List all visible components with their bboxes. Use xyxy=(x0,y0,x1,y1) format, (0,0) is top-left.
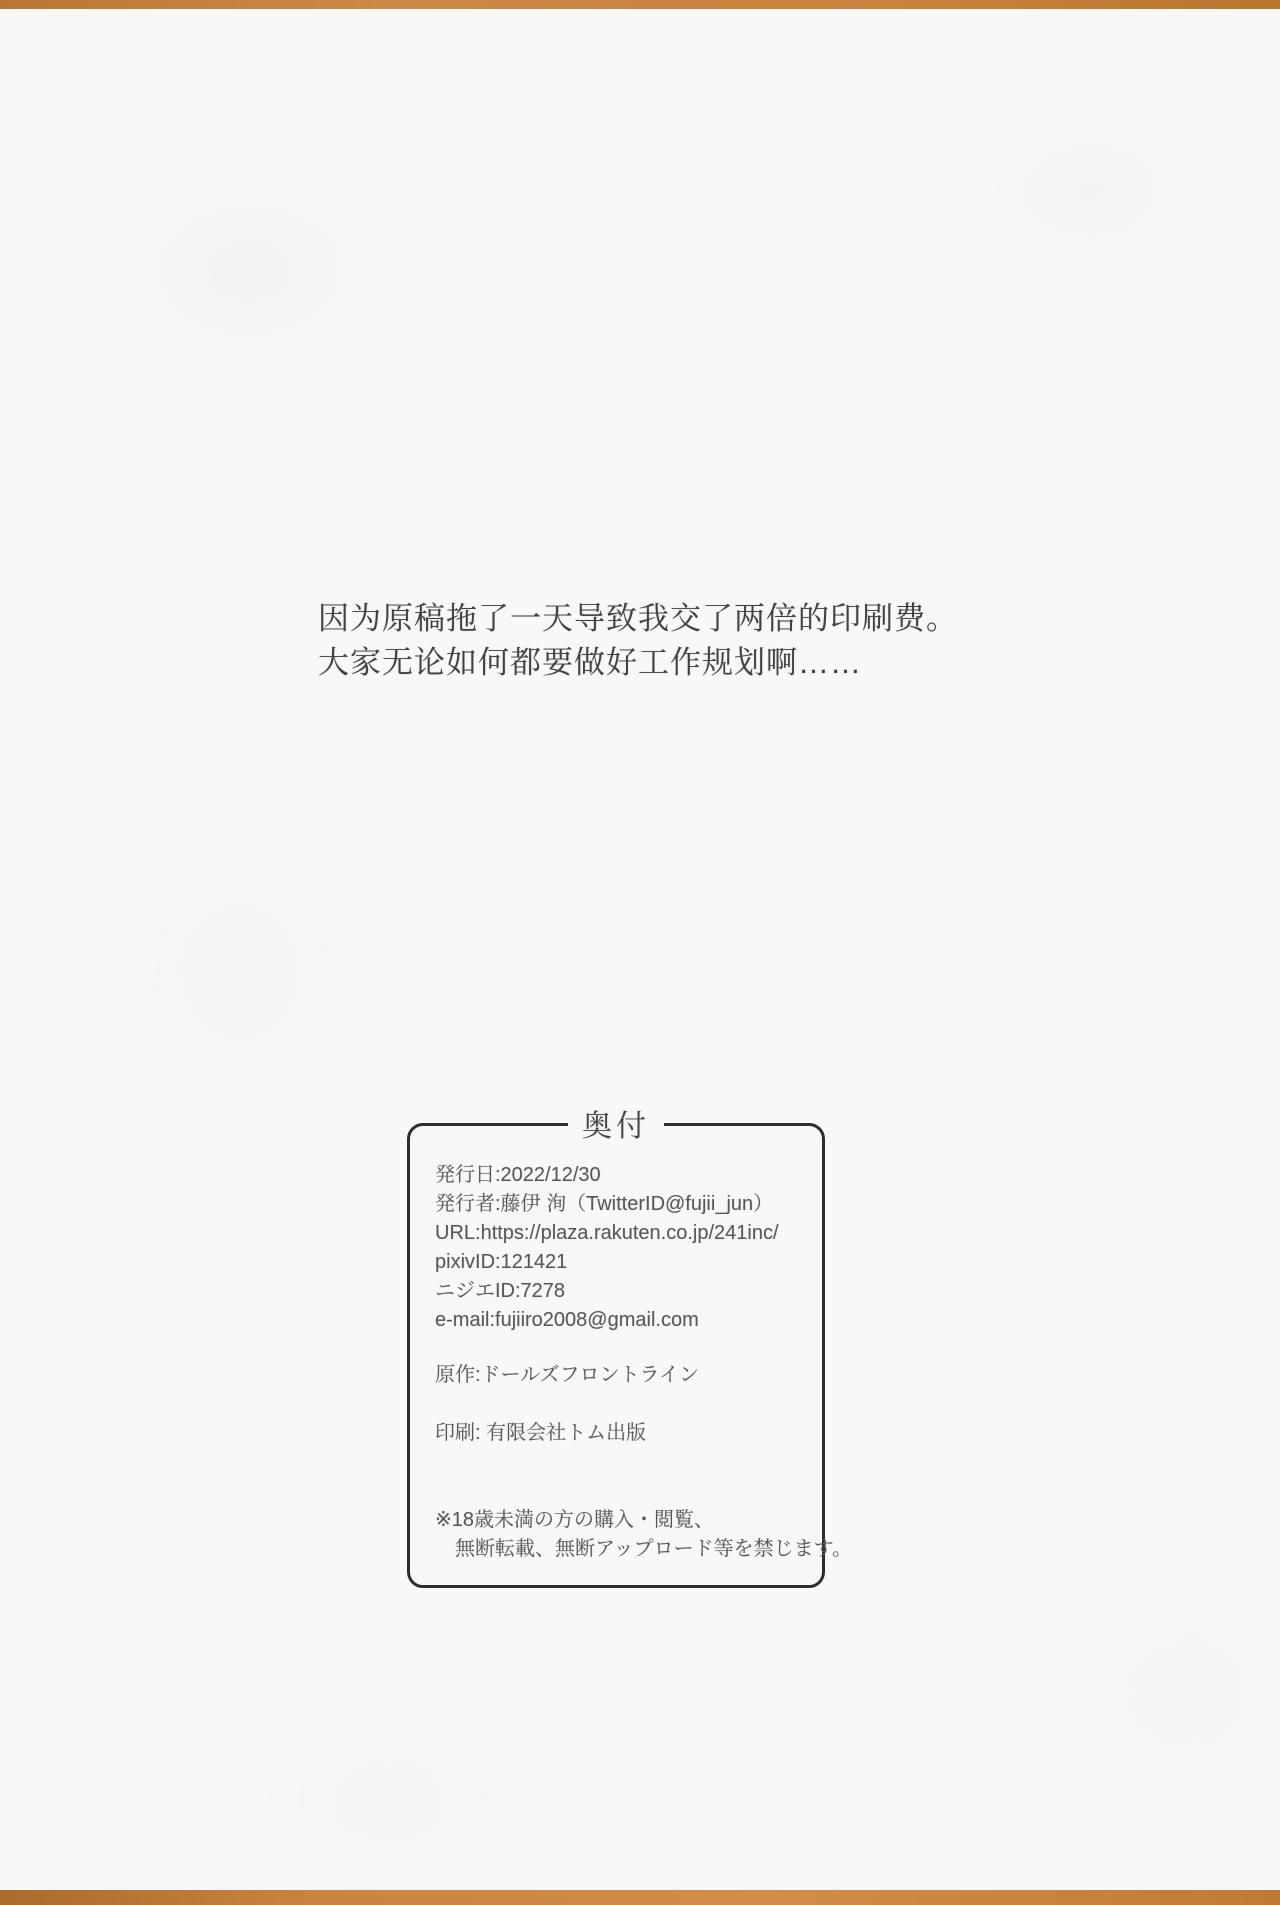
colophon-title: 奥付 xyxy=(568,1110,664,1143)
author-note: 因为原稿拖了一天导致我交了两倍的印刷费。 大家无论如何都要做好工作规划啊…… xyxy=(318,597,958,685)
publisher: 発行者:藤伊 洵（TwitterID@fujii_jun） xyxy=(435,1190,812,1219)
original-work: 原作:ドールズフロントライン xyxy=(435,1361,812,1390)
disclaimer-line-1: ※18歳未満の方の購入・閲覧、 xyxy=(435,1506,812,1535)
email: e-mail:fujiiro2008@gmail.com xyxy=(435,1306,812,1335)
colophon-content: 発行日:2022/12/30 発行者:藤伊 洵（TwitterID@fujii_… xyxy=(435,1161,812,1564)
publish-date: 発行日:2022/12/30 xyxy=(435,1161,812,1190)
scanned-page: 因为原稿拖了一天导致我交了两倍的印刷费。 大家无论如何都要做好工作规划啊…… 奥… xyxy=(0,0,1280,1905)
colophon-box: 奥付 発行日:2022/12/30 発行者:藤伊 洵（TwitterID@fuj… xyxy=(407,1123,825,1588)
nijie-id: ニジエID:7278 xyxy=(435,1277,812,1306)
author-note-line-2: 大家无论如何都要做好工作规划啊…… xyxy=(318,641,958,685)
printer: 印刷: 有限会社トム出版 xyxy=(435,1419,812,1448)
disclaimer-line-2: 無断転載、無断アップロード等を禁じます。 xyxy=(435,1535,812,1564)
author-note-line-1: 因为原稿拖了一天导致我交了两倍的印刷费。 xyxy=(318,597,958,641)
pixiv-id: pixivID:121421 xyxy=(435,1248,812,1277)
scan-edge-bottom xyxy=(0,1890,1280,1905)
scan-edge-top xyxy=(0,0,1280,9)
url: URL:https://plaza.rakuten.co.jp/241inc/ xyxy=(435,1219,812,1248)
